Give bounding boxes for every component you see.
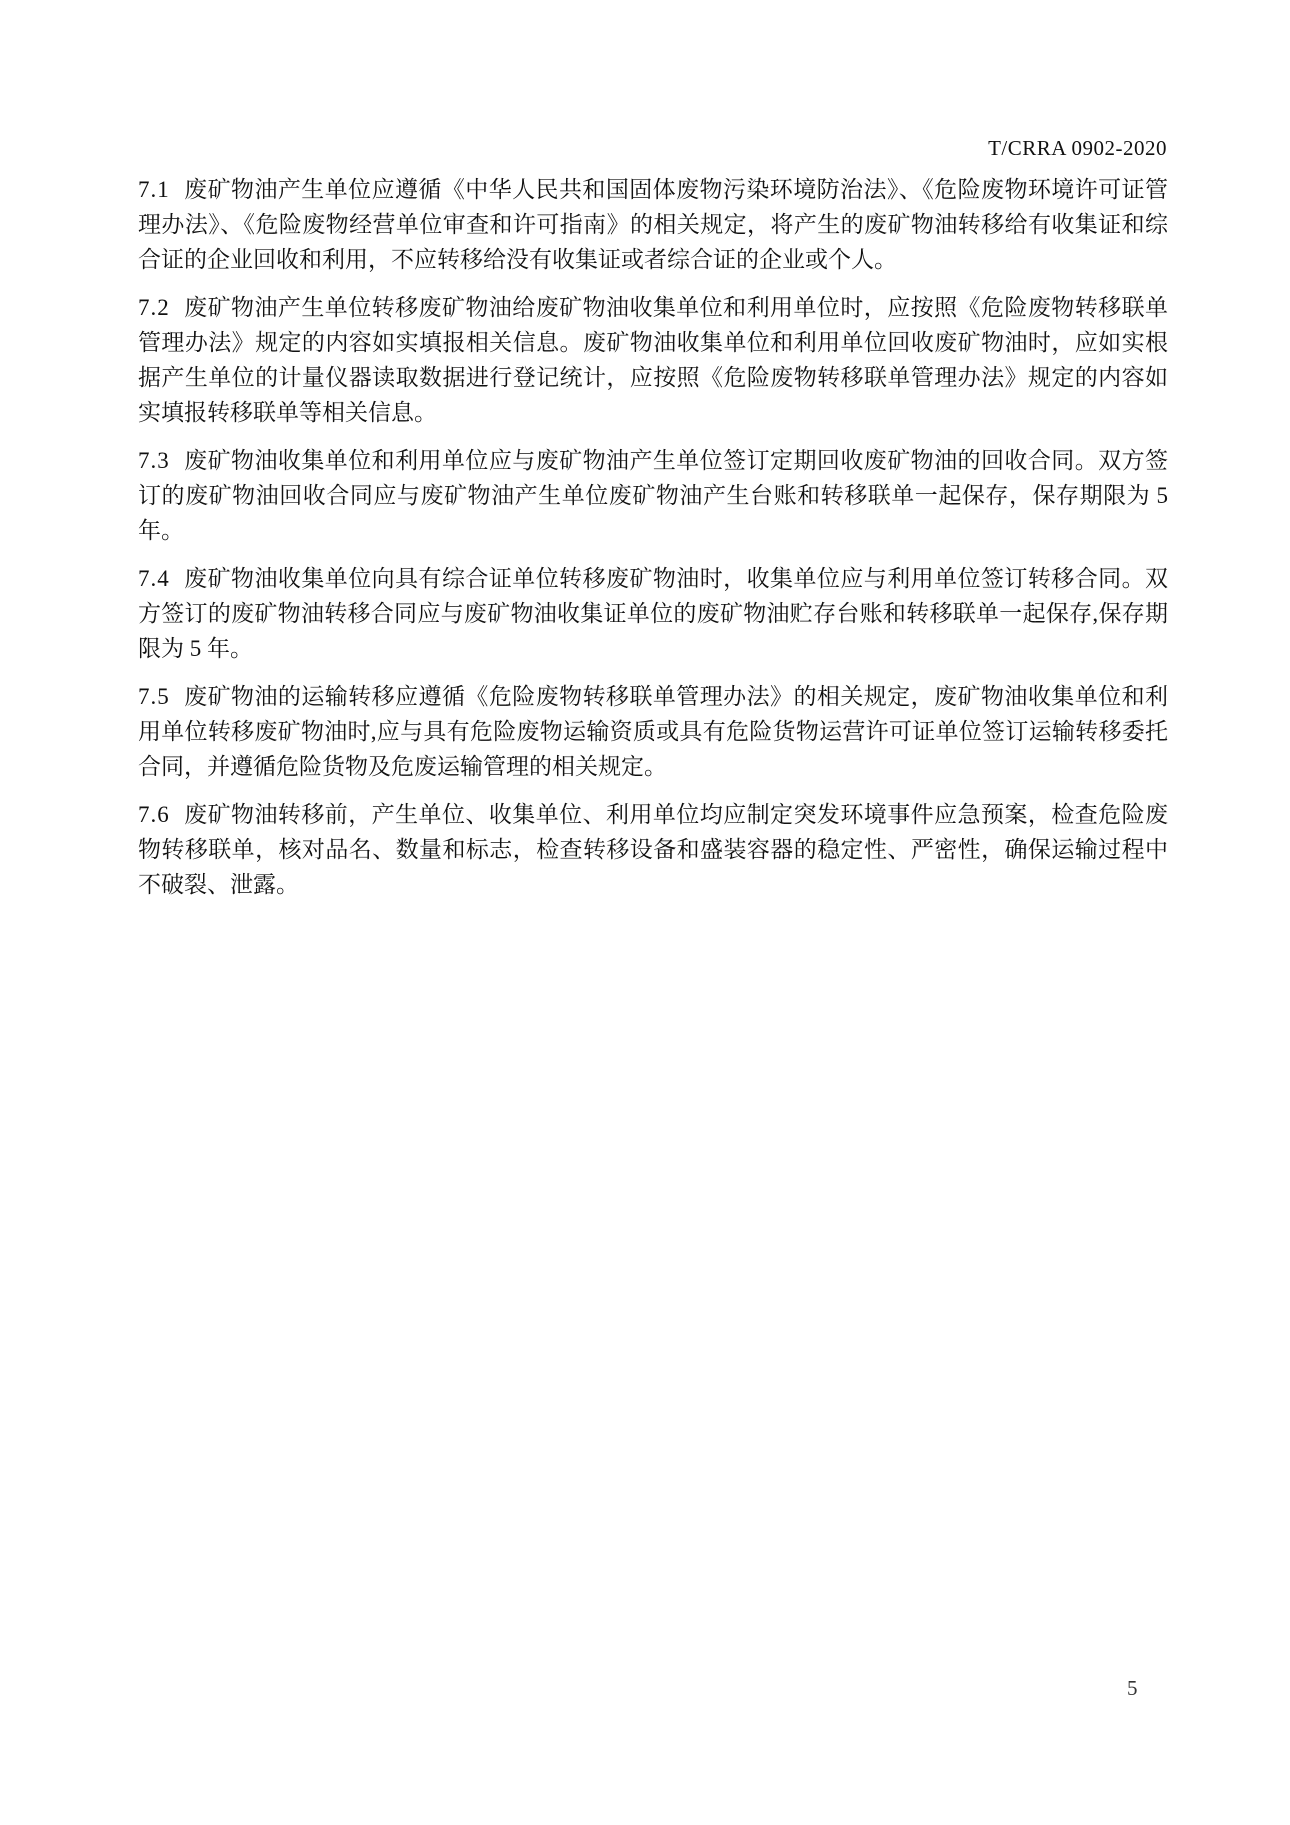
clause-7-4: 7.4废矿物油收集单位向具有综合证单位转移废矿物油时，收集单位应与利用单位签订转… [138,561,1168,666]
page-number: 5 [1127,1676,1138,1701]
document-page: T/CRRA 0902-2020 7.1废矿物油产生单位应遵循《中华人民共和国固… [0,0,1290,1825]
clause-7-1-number: 7.1 [138,172,170,207]
clause-7-5-number: 7.5 [138,679,170,714]
clause-7-4-number: 7.4 [138,561,170,596]
clause-7-5-text: 废矿物油的运输转移应遵循《危险废物转移联单管理办法》的相关规定，废矿物油收集单位… [138,684,1168,779]
clause-7-6-text: 废矿物油转移前，产生单位、收集单位、利用单位均应制定突发环境事件应急预案，检查危… [138,802,1168,897]
clause-7-6: 7.6废矿物油转移前，产生单位、收集单位、利用单位均应制定突发环境事件应急预案，… [138,797,1168,902]
clause-7-3: 7.3废矿物油收集单位和利用单位应与废矿物油产生单位签订定期回收废矿物油的回收合… [138,443,1168,548]
clause-7-4-text: 废矿物油收集单位向具有综合证单位转移废矿物油时，收集单位应与利用单位签订转移合同… [138,566,1168,661]
clause-7-2-text: 废矿物油产生单位转移废矿物油给废矿物油收集单位和利用单位时，应按照《危险废物转移… [138,295,1168,425]
clause-7-1-text: 废矿物油产生单位应遵循《中华人民共和国固体废物污染环境防治法》、《危险废物环境许… [138,177,1168,272]
clause-7-3-text: 废矿物油收集单位和利用单位应与废矿物油产生单位签订定期回收废矿物油的回收合同。双… [138,448,1168,543]
standard-code-header: T/CRRA 0902-2020 [988,136,1167,161]
clause-7-2-number: 7.2 [138,290,170,325]
clause-7-3-number: 7.3 [138,443,170,478]
clause-7-2: 7.2废矿物油产生单位转移废矿物油给废矿物油收集单位和利用单位时，应按照《危险废… [138,290,1168,430]
clause-7-6-number: 7.6 [138,797,170,832]
clause-7-1: 7.1废矿物油产生单位应遵循《中华人民共和国固体废物污染环境防治法》、《危险废物… [138,172,1168,277]
clause-7-5: 7.5废矿物油的运输转移应遵循《危险废物转移联单管理办法》的相关规定，废矿物油收… [138,679,1168,784]
document-body: 7.1废矿物油产生单位应遵循《中华人民共和国固体废物污染环境防治法》、《危险废物… [138,172,1168,915]
